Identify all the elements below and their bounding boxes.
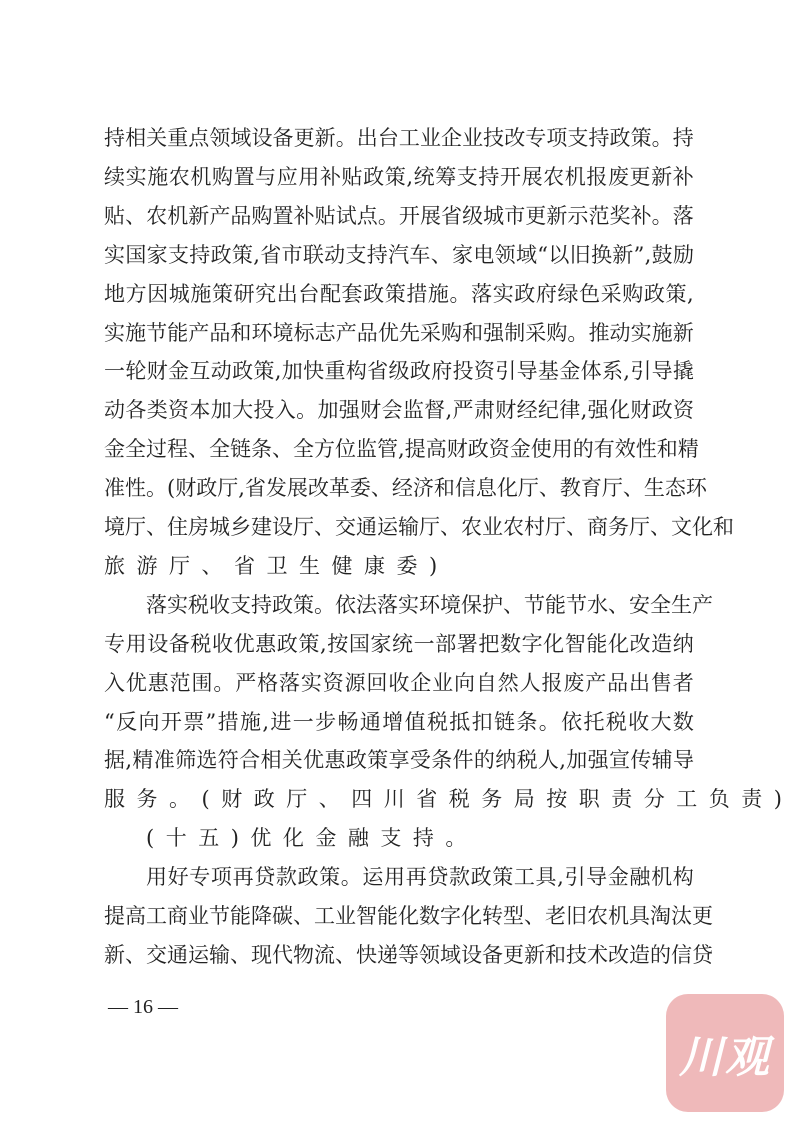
page-number: — 16 — (108, 996, 178, 1019)
text-line: 境厅、住房城乡建设厅、交通运输厅、农业农村厅、商务厅、文化和 (104, 512, 694, 542)
text-line: 实国家支持政策,省市联动支持汽车、家电领域“以旧换新”,鼓励 (104, 240, 694, 270)
text-line: 用好专项再贷款政策。运用再贷款政策工具,引导金融机构 (104, 862, 694, 892)
watermark-text: 川观 (679, 1021, 771, 1085)
text-line: “反向开票”措施,进一步畅通增值税抵扣链条。依托税收大数 (104, 707, 694, 737)
text-line: 金全过程、全链条、全方位监管,提高财政资金使用的有效性和精 (104, 434, 694, 464)
text-line: 准性。(财政厅,省发展改革委、经济和信息化厅、教育厅、生态环 (104, 473, 694, 503)
text-line: 专用设备税收优惠政策,按国家统一部署把数字化智能化改造纳 (104, 629, 694, 659)
text-line: 续实施农机购置与应用补贴政策,统筹支持开展农机报废更新补 (104, 162, 694, 192)
text-line: 落实税收支持政策。依法落实环境保护、节能节水、安全生产 (104, 590, 694, 620)
text-line: 实施节能产品和环境标志产品优先采购和强制采购。推动实施新 (104, 318, 694, 348)
text-line: 新、交通运输、现代物流、快递等领域设备更新和技术改造的信贷 (104, 940, 694, 970)
text-line: 入优惠范围。严格落实资源回收企业向自然人报废产品出售者 (104, 668, 694, 698)
text-line: 持相关重点领域设备更新。出台工业企业技改专项支持政策。持 (104, 123, 694, 153)
text-line: 旅游厅、省卫生健康委) (104, 551, 694, 581)
chuanguan-watermark-logo: 川观 (666, 994, 784, 1112)
text-line: 一轮财金互动政策,加快重构省级政府投资引导基金体系,引导撬 (104, 356, 694, 386)
text-line: 地方因城施策研究出台配套政策措施。落实政府绿色采购政策, (104, 279, 694, 309)
text-line: 据,精准筛选符合相关优惠政策享受条件的纳税人,加强宣传辅导 (104, 745, 694, 775)
text-line: 贴、农机新产品购置补贴试点。开展省级城市更新示范奖补。落 (104, 201, 694, 231)
text-line: 提高工商业节能降碳、工业智能化数字化转型、老旧农机具淘汰更 (104, 901, 694, 931)
section-heading: (十五)优化金融支持。 (104, 823, 694, 853)
text-line: 动各类资本加大投入。加强财会监督,严肃财经纪律,强化财政资 (104, 395, 694, 425)
text-line: 服务。(财政厅、四川省税务局按职责分工负责) (104, 784, 694, 814)
